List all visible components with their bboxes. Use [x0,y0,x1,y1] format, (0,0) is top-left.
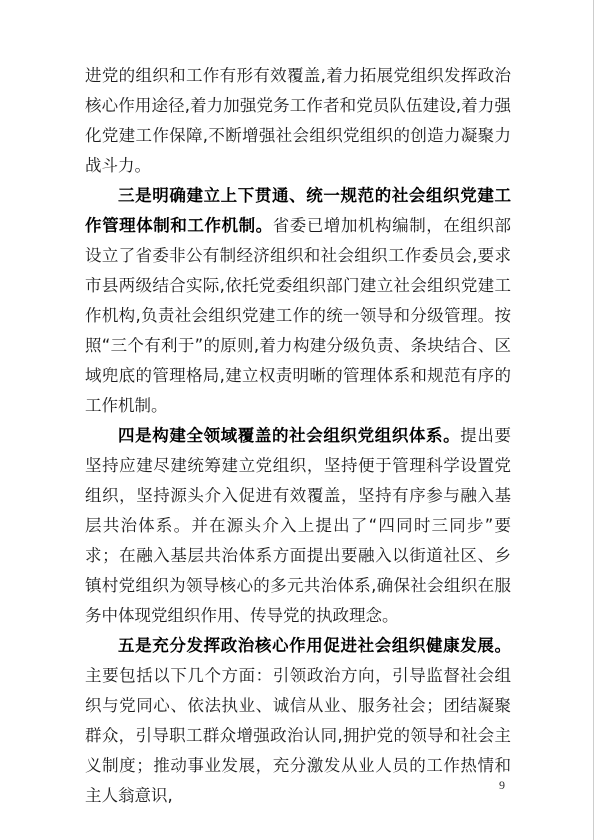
page-number: 9 [85,778,505,792]
document-page: 进党的组织和工作有形有效覆盖,着力拓展党组织发挥政治核心作用途径,着力加强党务工… [0,0,594,840]
bold-heading-run: 四是构建全领域覆盖的社会组织党组织体系。 [118,426,460,445]
body-text-run: 进党的组织和工作有形有效覆盖,着力拓展党组织发挥政治核心作用途径,着力加强党务工… [85,66,511,175]
paragraph-continuation: 进党的组织和工作有形有效覆盖,着力拓展党组织发挥政治核心作用途径,着力加强党务工… [85,61,511,181]
paragraph-point-four: 四是构建全领域覆盖的社会组织党组织体系。提出要坚持应建尽建统筹建立党组织，坚持便… [85,421,511,631]
bold-heading-run: 五是充分发挥政治核心作用促进社会组织健康发展。 [118,636,511,655]
body-text-run: 省委已增加机构编制，在组织部设立了省委非公有制经济组织和社会组织工作委员会,要求… [85,216,511,415]
paragraph-point-three: 三是明确建立上下贯通、统一规范的社会组织党建工作管理体制和工作机制。省委已增加机… [85,181,511,421]
document-body-text: 进党的组织和工作有形有效覆盖,着力拓展党组织发挥政治核心作用途径,着力加强党务工… [85,61,511,811]
body-text-run: 提出要坚持应建尽建统筹建立党组织，坚持便于管理科学设置党组织，坚持源头介入促进有… [85,426,511,625]
